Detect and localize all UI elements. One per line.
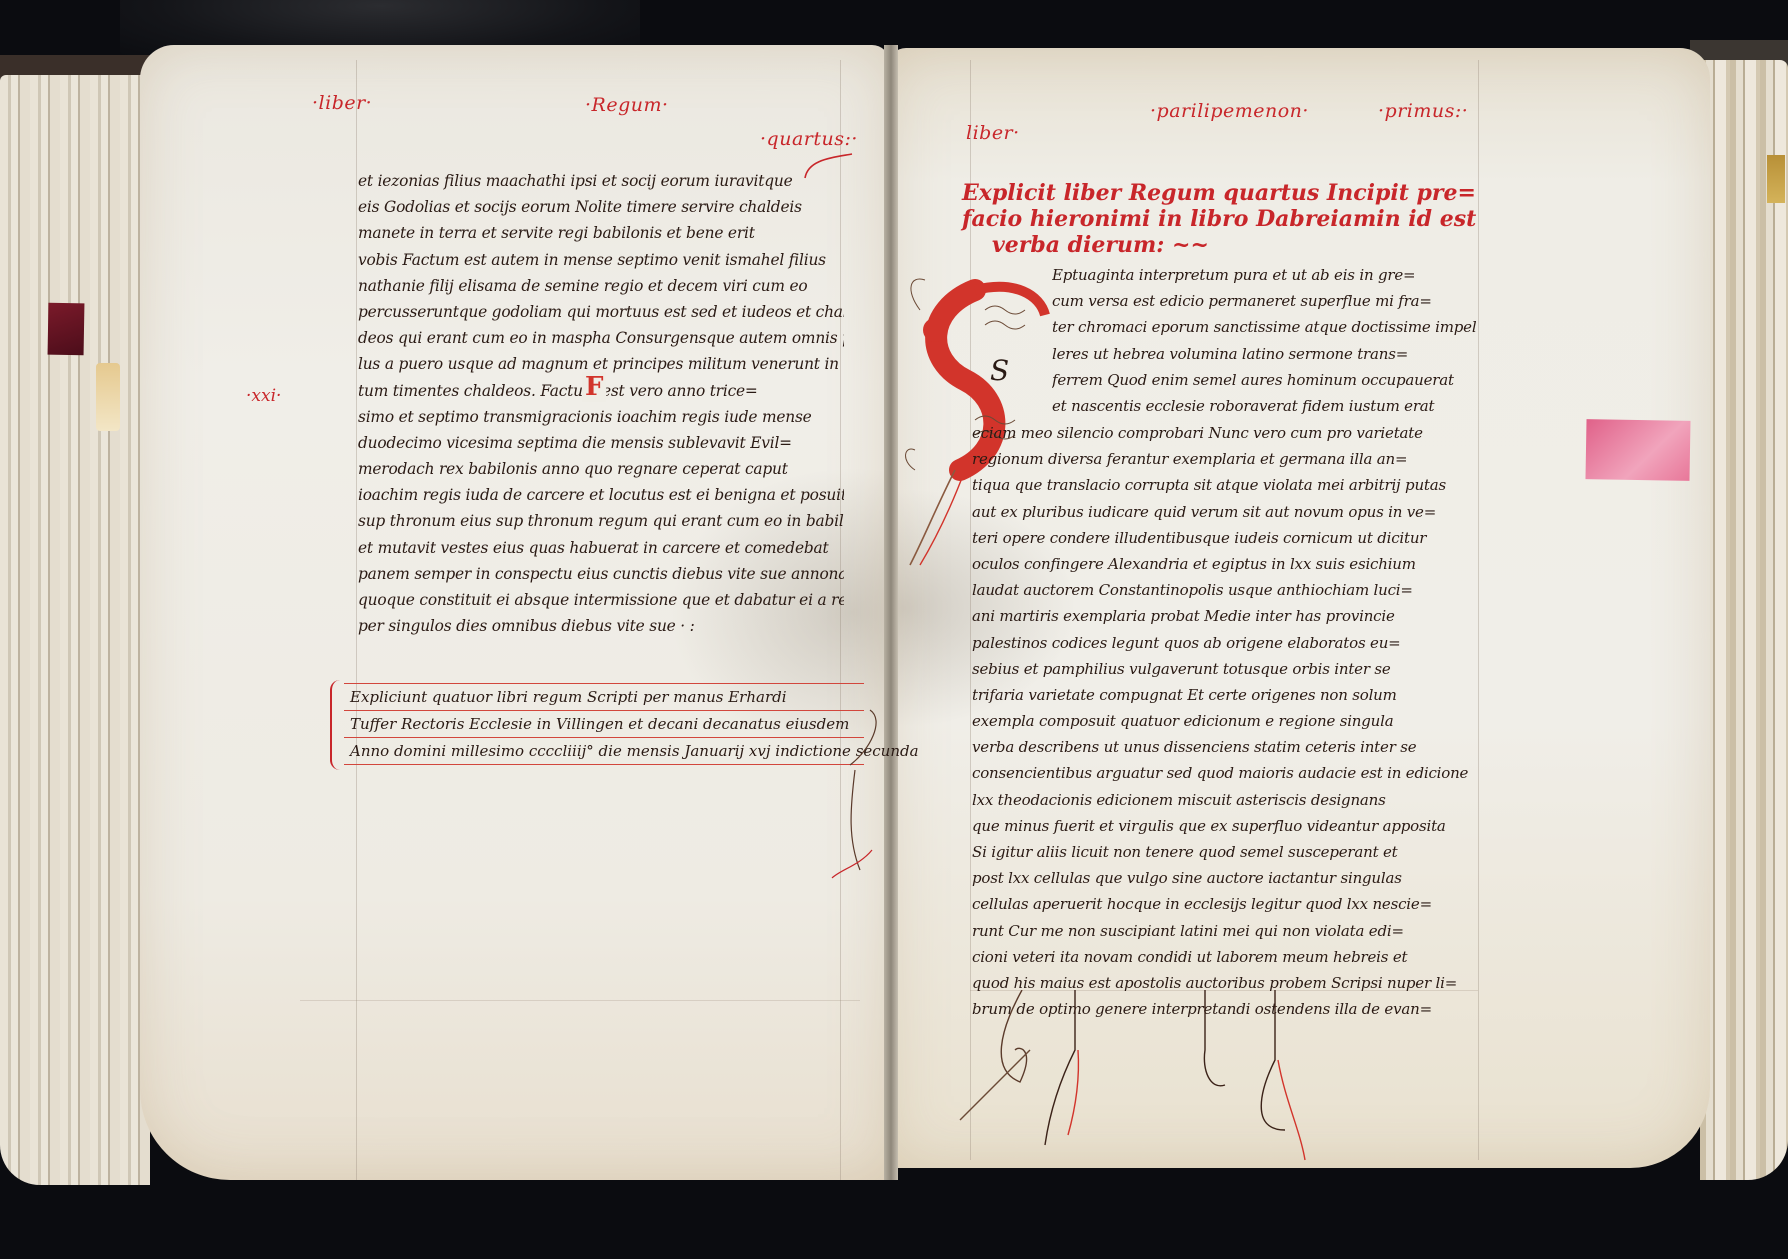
chapter-number: ·xxi·: [246, 386, 281, 406]
text-line: ferrem Quod enim semel aures hominum occ…: [1052, 367, 1476, 393]
text-line: aut ex pluribus iudicare quid verum sit …: [972, 499, 1476, 525]
colophon-bracket: [330, 680, 342, 770]
page-tab-pink[interactable]: [1585, 419, 1690, 481]
text-line: merodach rex babilonis anno quo regnare …: [358, 456, 844, 482]
right-header-liber: liber·: [966, 122, 1020, 144]
book-gutter: [884, 45, 898, 1180]
text-line: runt Cur me non suscipiant latini mei qu…: [972, 918, 1476, 944]
right-page-text-top: Eptuaginta interpretum pura et ut ab eis…: [1052, 262, 1476, 419]
text-line: post lxx cellulas que vulgo sine auctore…: [972, 865, 1476, 891]
descender-flourishes: [940, 990, 1480, 1170]
ruling-line: [356, 60, 357, 1180]
text-line: lxx theodacionis edicionem miscuit aster…: [972, 787, 1476, 813]
text-line: tiqua que translacio corrupta sit atque …: [972, 472, 1476, 498]
text-line: et mutavit vestes eius quas habuerat in …: [358, 535, 844, 561]
text-line: trifaria varietate compugnat Et certe or…: [972, 682, 1476, 708]
svg-text:S: S: [990, 354, 1009, 387]
text-line: Si igitur aliis licuit non tenere quod s…: [972, 839, 1476, 865]
text-line: duodecimo vicesima septima die mensis su…: [358, 430, 844, 456]
text-line: laudat auctorem Constantinopolis usque a…: [972, 577, 1476, 603]
left-header-liber: ·liber·: [312, 92, 372, 114]
page-tab-cream[interactable]: [96, 363, 120, 431]
text-line: oculos confingere Alexandria et egiptus …: [972, 551, 1476, 577]
rubric-heading-line: verba dierum: ~~: [962, 232, 1482, 258]
text-line: per singulos dies omnibus diebus vite su…: [358, 613, 844, 639]
colophon-line: Expliciunt quatuor libri regum Scripti p…: [344, 683, 864, 710]
rubric-heading-line: facio hieronimi in libro Dabreiamin id e…: [962, 206, 1482, 232]
colophon-line: Anno domini millesimo ccccliiij° die men…: [344, 737, 864, 765]
text-line: simo et septimo transmigracionis ioachim…: [358, 404, 844, 430]
text-line: percusseruntque godoliam qui mortuus est…: [358, 299, 844, 325]
text-line: ani martiris exemplaria probat Medie int…: [972, 603, 1476, 629]
text-line: manete in terra et servite regi babiloni…: [358, 220, 844, 246]
text-line: sup thronum eius sup thronum regum qui e…: [358, 508, 844, 534]
text-line: et iezonias filius maachathi ipsi et soc…: [358, 168, 844, 194]
colophon: Expliciunt quatuor libri regum Scripti p…: [344, 683, 864, 765]
text-line: cellulas aperuerit hocque in ecclesijs l…: [972, 891, 1476, 917]
text-line: deos qui erant cum eo in maspha Consurge…: [358, 325, 844, 351]
rubric-heading-line: Explicit liber Regum quartus Incipit pre…: [962, 180, 1482, 206]
page-tab-maroon[interactable]: [48, 303, 85, 356]
text-line: que minus fuerit et virgulis que ex supe…: [972, 813, 1476, 839]
text-line: sebius et pamphilius vulgaverunt totusqu…: [972, 656, 1476, 682]
text-line: eis Godolias et socijs eorum Nolite time…: [358, 194, 844, 220]
text-line: nathanie filij elisama de semine regio e…: [358, 273, 844, 299]
text-line: et nascentis ecclesie roboraverat fidem …: [1052, 393, 1476, 419]
text-line: palestinos codices legunt quos ab origen…: [972, 630, 1476, 656]
ruling-line: [300, 1000, 860, 1001]
colophon-line: Tuffer Rectoris Ecclesie in Villingen et…: [344, 710, 864, 737]
text-line: panem semper in conspectu eius cunctis d…: [358, 561, 844, 587]
right-page-text-body: eciam meo silencio comprobari Nunc vero …: [972, 420, 1476, 1022]
right-header-primus: ·primus:·: [1378, 100, 1468, 122]
text-line: verba describens ut unus dissenciens sta…: [972, 734, 1476, 760]
text-line: ter chromaci eporum sanctissime atque do…: [1052, 314, 1476, 340]
text-line: teri opere condere illudentibusque iudei…: [972, 525, 1476, 551]
text-line: vobis Factum est autem in mense septimo …: [358, 247, 844, 273]
text-line: cioni veteri ita novam condidi ut labore…: [972, 944, 1476, 970]
inline-initial-f: F: [582, 372, 606, 402]
rubric-heading: Explicit liber Regum quartus Incipit pre…: [962, 180, 1482, 258]
text-line: cum versa est edicio permaneret superflu…: [1052, 288, 1476, 314]
page-block-edge-left: [0, 75, 150, 1185]
colophon-flourish: [830, 700, 890, 880]
text-line: quoque constituit ei absque intermission…: [358, 587, 844, 613]
text-line: regionum diversa ferantur exemplaria et …: [972, 446, 1476, 472]
page-tab-gold[interactable]: [1767, 155, 1785, 203]
left-page-text: et iezonias filius maachathi ipsi et soc…: [358, 168, 844, 639]
text-line: leres ut hebrea volumina latino sermone …: [1052, 341, 1476, 367]
text-line: exempla composuit quatuor edicionum e re…: [972, 708, 1476, 734]
text-line: Eptuaginta interpretum pura et ut ab eis…: [1052, 262, 1476, 288]
left-header-regum: ·Regum·: [585, 94, 669, 116]
text-line: consencientibus arguatur sed quod maiori…: [972, 760, 1476, 786]
page-block-edge-right: [1700, 60, 1788, 1180]
text-line: eciam meo silencio comprobari Nunc vero …: [972, 420, 1476, 446]
right-header-parilipemenon: ·parilipemenon·: [1150, 100, 1309, 122]
text-line: ioachim regis iuda de carcere et locutus…: [358, 482, 844, 508]
